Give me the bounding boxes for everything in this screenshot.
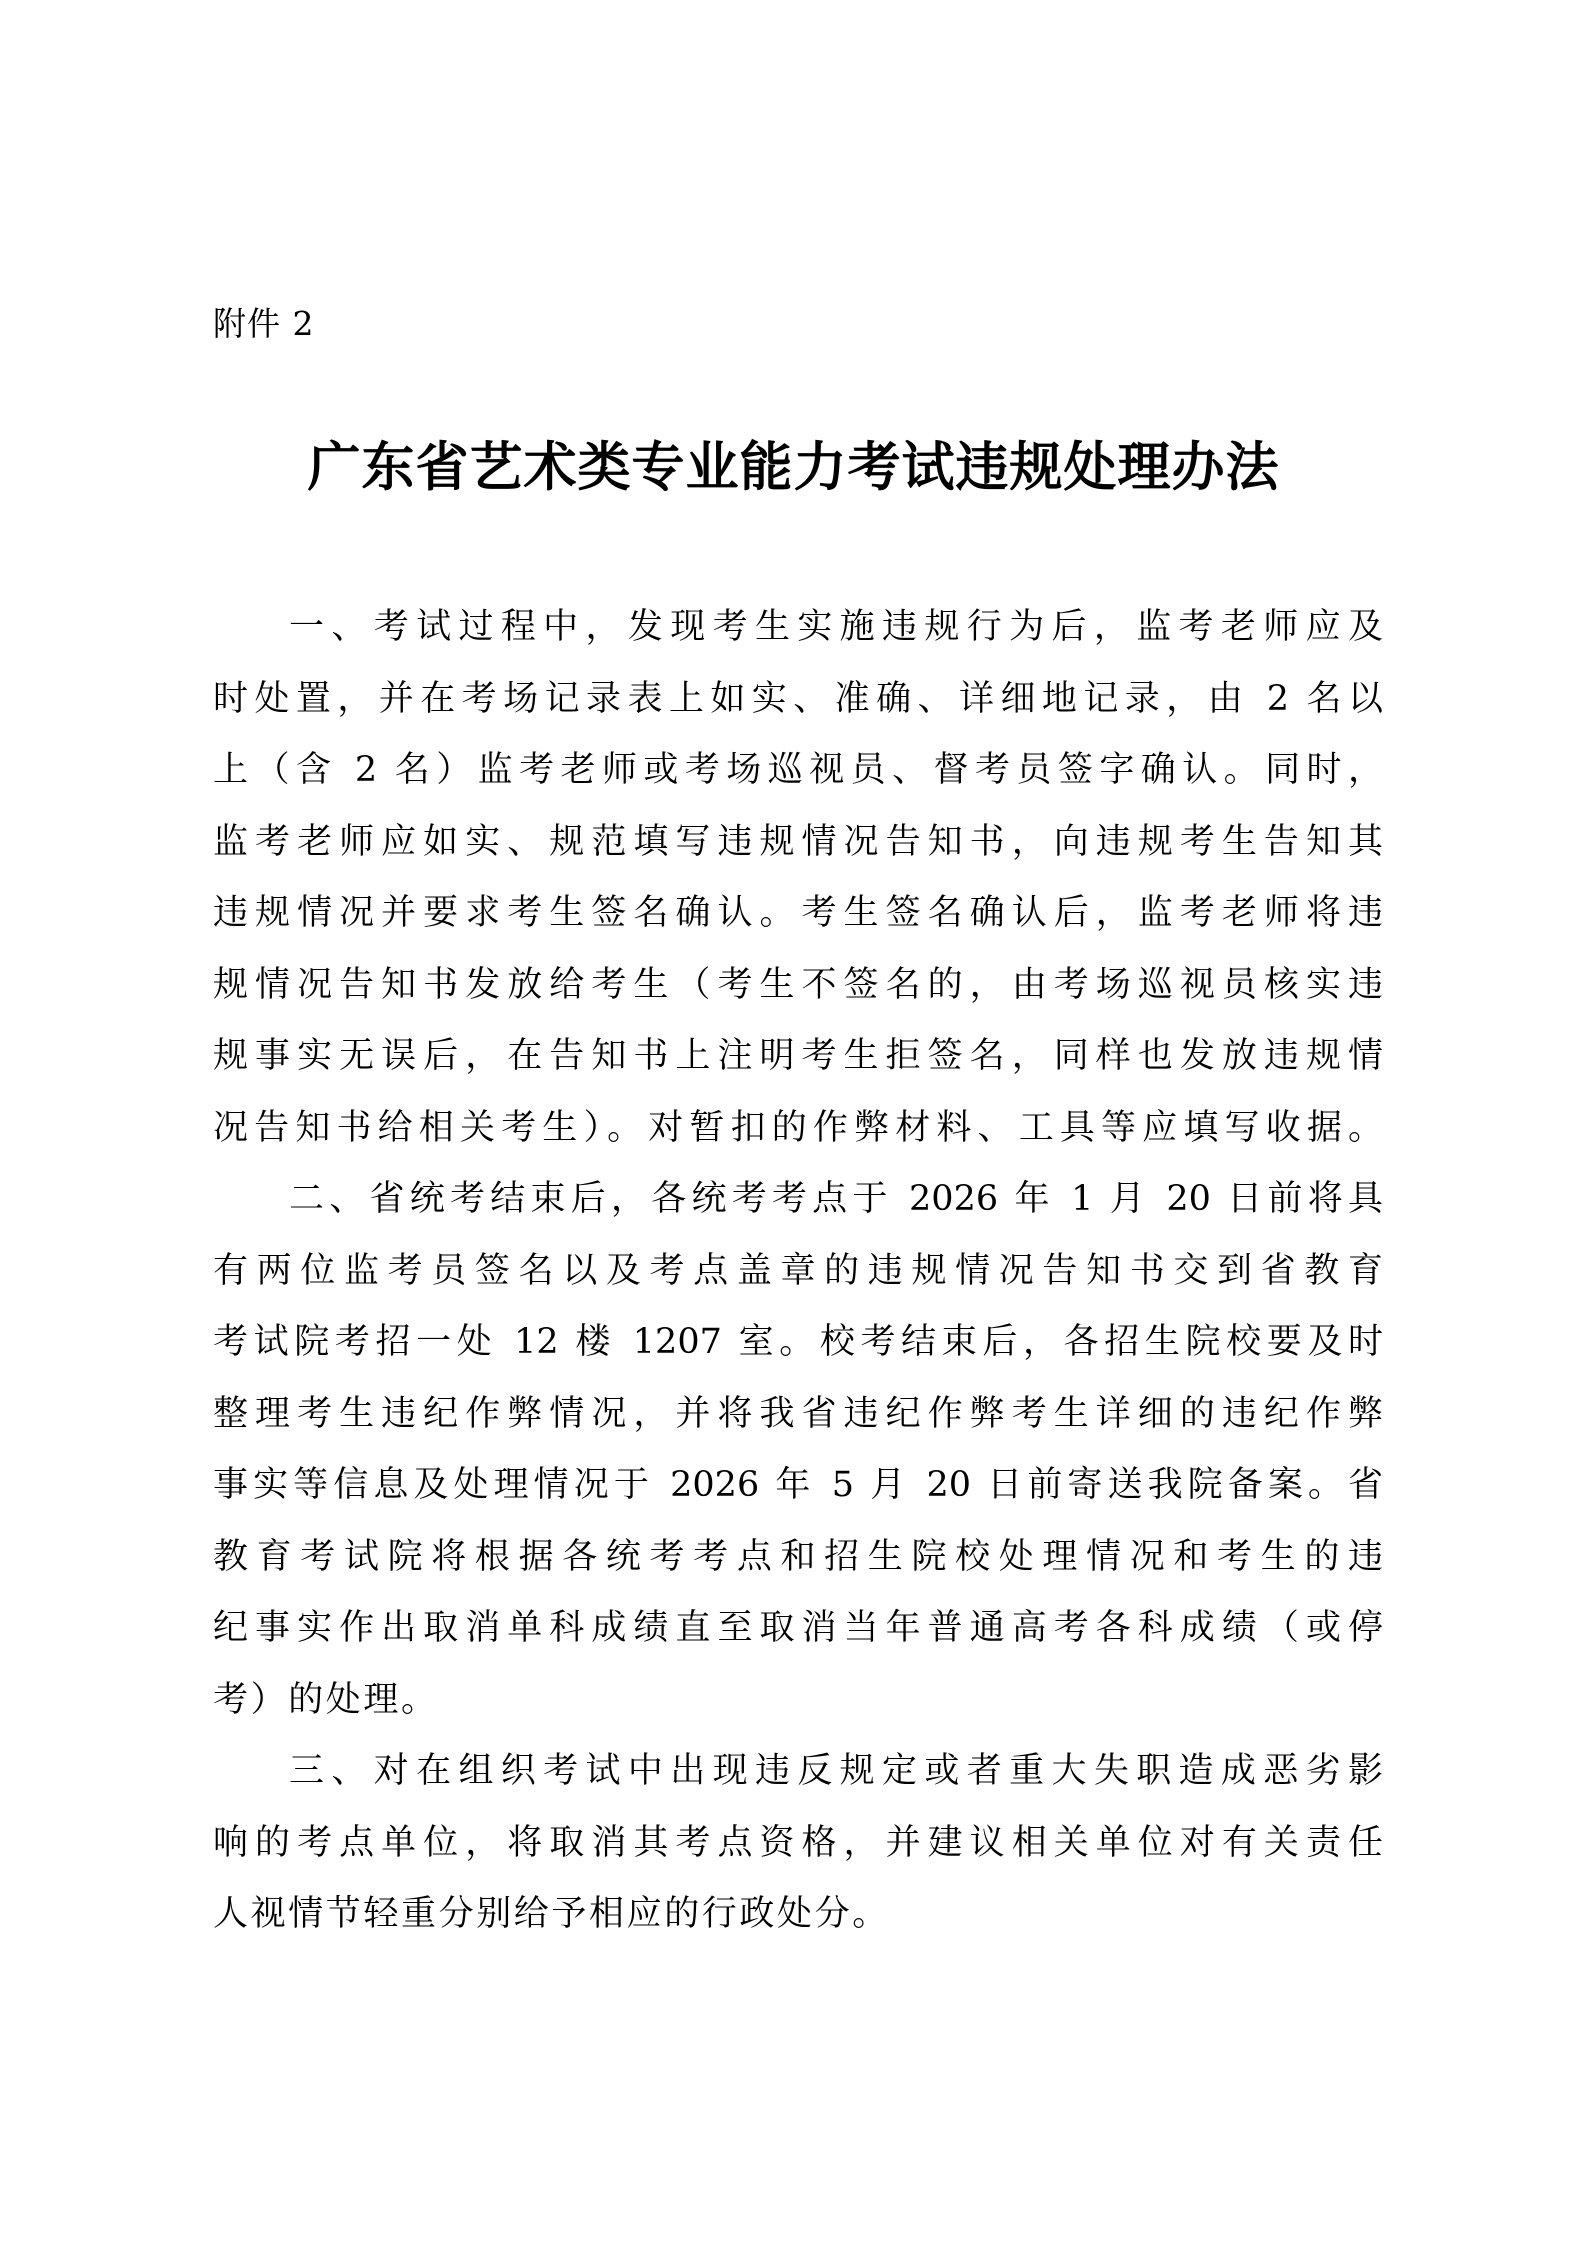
paragraph-line: 考）的处理。 (213, 1665, 1383, 1737)
attachment-label: 附件 2 (213, 302, 315, 346)
paragraph-line: 况告知书给相关考生）。对暂扣的作弊材料、工具等应填写收据。 (213, 1093, 1383, 1165)
document-title: 广东省艺术类专业能力考试违规处理办法 (0, 432, 1587, 502)
paragraph-line: 监考老师应如实、规范填写违规情况告知书，向违规考生告知其 (213, 807, 1383, 879)
paragraph-line: 规事实无误后，在告知书上注明考生拒签名，同样也发放违规情 (213, 1021, 1383, 1093)
paragraph-line: 人视情节轻重分别给予相应的行政处分。 (213, 1879, 1383, 1951)
paragraph-line: 考试院考招一处 12 楼 1207 室。校考结束后，各招生院校要及时 (213, 1307, 1383, 1379)
paragraph-line: 响的考点单位，将取消其考点资格，并建议相关单位对有关责任 (213, 1808, 1383, 1880)
paragraph-line: 教育考试院将根据各统考考点和招生院校处理情况和考生的违 (213, 1522, 1383, 1594)
paragraph-line: 一、考试过程中，发现考生实施违规行为后，监考老师应及 (213, 592, 1383, 664)
document-body: 一、考试过程中，发现考生实施违规行为后，监考老师应及 时处置，并在考场记录表上如… (213, 592, 1383, 1951)
paragraph-line: 上（含 2 名）监考老师或考场巡视员、督考员签字确认。同时， (213, 735, 1383, 807)
paragraph-3: 三、对在组织考试中出现违反规定或者重大失职造成恶劣影 响的考点单位，将取消其考点… (213, 1736, 1383, 1951)
document-page: 附件 2 广东省艺术类专业能力考试违规处理办法 一、考试过程中，发现考生实施违规… (0, 0, 1587, 2245)
paragraph-line: 违规情况并要求考生签名确认。考生签名确认后，监考老师将违 (213, 878, 1383, 950)
paragraph-1: 一、考试过程中，发现考生实施违规行为后，监考老师应及 时处置，并在考场记录表上如… (213, 592, 1383, 1164)
paragraph-line: 二、省统考结束后，各统考考点于 2026 年 1 月 20 日前将具 (213, 1164, 1383, 1236)
paragraph-line: 规情况告知书发放给考生（考生不签名的，由考场巡视员核实违 (213, 950, 1383, 1022)
paragraph-2: 二、省统考结束后，各统考考点于 2026 年 1 月 20 日前将具 有两位监考… (213, 1164, 1383, 1736)
paragraph-line: 有两位监考员签名以及考点盖章的违规情况告知书交到省教育 (213, 1236, 1383, 1308)
paragraph-line: 整理考生违纪作弊情况，并将我省违纪作弊考生详细的违纪作弊 (213, 1379, 1383, 1451)
paragraph-line: 时处置，并在考场记录表上如实、准确、详细地记录，由 2 名以 (213, 664, 1383, 736)
paragraph-line: 事实等信息及处理情况于 2026 年 5 月 20 日前寄送我院备案。省 (213, 1450, 1383, 1522)
paragraph-line: 三、对在组织考试中出现违反规定或者重大失职造成恶劣影 (213, 1736, 1383, 1808)
paragraph-line: 纪事实作出取消单科成绩直至取消当年普通高考各科成绩（或停 (213, 1593, 1383, 1665)
